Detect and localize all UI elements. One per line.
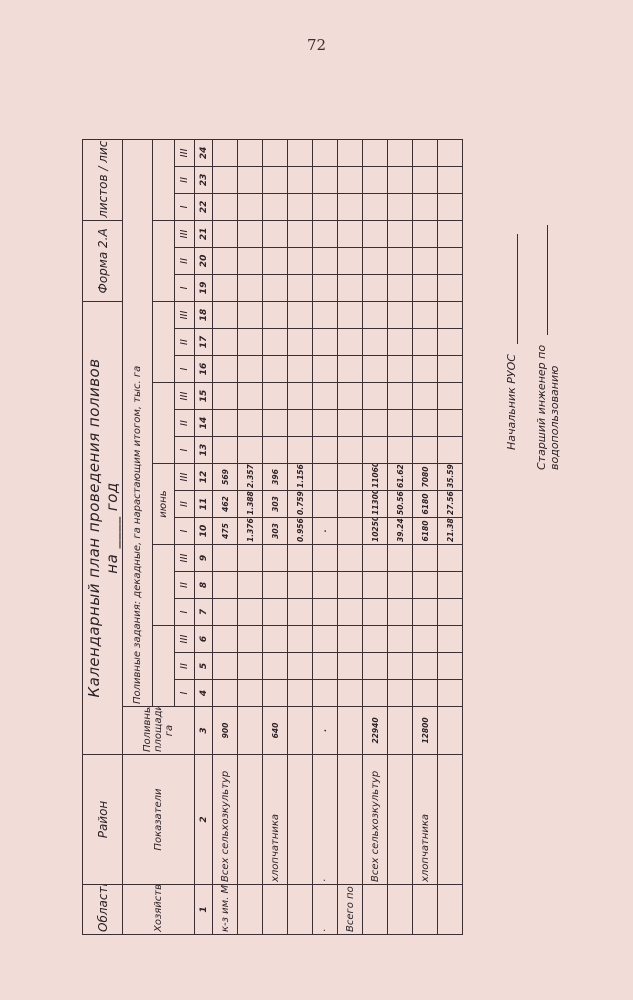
empty-cell xyxy=(363,383,388,410)
empty-cell xyxy=(213,301,238,328)
june-value-cell xyxy=(338,464,363,491)
empty-cell xyxy=(438,220,463,247)
chief-label: Начальник РУОС xyxy=(505,354,518,450)
col-num: 9 xyxy=(195,545,213,572)
area-cell xyxy=(438,707,463,755)
subtitle-text: на ____ год xyxy=(103,482,121,573)
june-value-cell: 35.59 xyxy=(438,464,463,491)
decade: I xyxy=(175,437,195,464)
empty-cell xyxy=(263,383,288,410)
farm-cell: Всего по району xyxy=(338,885,363,935)
empty-cell xyxy=(263,166,288,193)
decade: I xyxy=(175,680,195,707)
empty-cell xyxy=(413,220,438,247)
empty-cell xyxy=(313,247,338,274)
empty-cell xyxy=(413,329,438,356)
col-num: 7 xyxy=(195,599,213,626)
empty-cell xyxy=(413,437,438,464)
empty-cell xyxy=(438,139,463,166)
empty-cell xyxy=(288,356,313,383)
empty-cell xyxy=(213,437,238,464)
empty-cell xyxy=(238,437,263,464)
farm-cell xyxy=(238,885,263,935)
june-value-cell xyxy=(338,491,363,518)
empty-cell xyxy=(388,193,413,220)
empty-cell xyxy=(338,599,363,626)
empty-cell xyxy=(438,410,463,437)
indicator-cell xyxy=(288,755,313,885)
empty-cell xyxy=(238,220,263,247)
empty-cell xyxy=(263,572,288,599)
empty-cell xyxy=(388,356,413,383)
listov-label: листов xyxy=(96,174,110,217)
col-num: 5 xyxy=(195,653,213,680)
empty-cell xyxy=(413,166,438,193)
empty-cell xyxy=(288,301,313,328)
indicator-cell: хлопчатника xyxy=(413,755,438,885)
empty-cell xyxy=(388,220,413,247)
decade: II xyxy=(175,653,195,680)
empty-cell xyxy=(338,410,363,437)
june-value-cell: 6180 xyxy=(413,518,438,545)
indicator-cell xyxy=(338,755,363,885)
empty-cell xyxy=(338,139,363,166)
empty-cell xyxy=(363,139,388,166)
empty-cell xyxy=(213,166,238,193)
empty-cell xyxy=(213,599,238,626)
empty-cell xyxy=(438,680,463,707)
area-cell: 640 xyxy=(263,707,288,755)
empty-cell xyxy=(338,437,363,464)
empty-cell xyxy=(238,626,263,653)
list-label: лист xyxy=(96,139,110,162)
empty-cell xyxy=(288,545,313,572)
farm-cell xyxy=(263,885,288,935)
empty-cell xyxy=(213,626,238,653)
june-value-cell: 2.357 xyxy=(238,464,263,491)
empty-cell xyxy=(438,653,463,680)
empty-cell xyxy=(238,274,263,301)
decade: III xyxy=(175,301,195,328)
col-num: 24 xyxy=(195,139,213,166)
empty-cell xyxy=(263,626,288,653)
empty-cell xyxy=(413,572,438,599)
tasks-header: Поливные задания: декадные, га нарастающ… xyxy=(123,139,153,706)
decade: I xyxy=(175,274,195,301)
empty-cell xyxy=(288,572,313,599)
engineer-signature-line xyxy=(547,225,548,335)
empty-cell xyxy=(338,247,363,274)
june-value-cell: 7080 xyxy=(413,464,438,491)
empty-cell xyxy=(288,437,313,464)
column-number-row: 123 456 789 101112 131415 161718 192021 … xyxy=(195,139,213,934)
empty-cell xyxy=(313,545,338,572)
area-cell xyxy=(338,707,363,755)
empty-cell xyxy=(338,166,363,193)
empty-cell xyxy=(313,680,338,707)
table-row: хлопчатника640303303396 xyxy=(263,139,288,934)
decade: III xyxy=(175,545,195,572)
oblast-label: Область xyxy=(83,885,123,935)
empty-cell xyxy=(363,193,388,220)
empty-cell xyxy=(288,680,313,707)
empty-cell xyxy=(238,301,263,328)
indicators-header: Показатели xyxy=(123,755,195,885)
area-header: Поливные площади, га xyxy=(123,707,195,755)
col-num: 20 xyxy=(195,247,213,274)
empty-cell xyxy=(238,383,263,410)
empty-cell xyxy=(213,653,238,680)
empty-cell xyxy=(238,572,263,599)
decade: I xyxy=(175,518,195,545)
empty-cell xyxy=(363,356,388,383)
empty-cell xyxy=(213,680,238,707)
table-row: 39.2450.5661.62 xyxy=(388,139,413,934)
empty-cell xyxy=(313,193,338,220)
table-row: к-з им. МарксаВсех сельхозкультур9004754… xyxy=(213,139,238,934)
col-num: 18 xyxy=(195,301,213,328)
col-num: 11 xyxy=(195,491,213,518)
table-row: хлопчатника12800618061807080 xyxy=(413,139,438,934)
area-cell xyxy=(288,707,313,755)
rotated-form-container: Область Район Календарный план проведени… xyxy=(82,140,462,935)
june-value-cell: 303 xyxy=(263,518,288,545)
empty-cell xyxy=(413,599,438,626)
empty-cell xyxy=(413,653,438,680)
empty-cell xyxy=(213,572,238,599)
empty-cell xyxy=(313,626,338,653)
empty-cell xyxy=(388,274,413,301)
empty-cell xyxy=(388,680,413,707)
june-value-cell: 11060 xyxy=(363,464,388,491)
col-num: 19 xyxy=(195,274,213,301)
empty-cell xyxy=(363,545,388,572)
empty-cell xyxy=(413,410,438,437)
empty-cell xyxy=(438,599,463,626)
empty-cell xyxy=(313,410,338,437)
june-value-cell: 1.376 xyxy=(238,518,263,545)
empty-cell xyxy=(338,274,363,301)
empty-cell xyxy=(413,139,438,166)
farm-cell: · xyxy=(313,885,338,935)
empty-cell xyxy=(413,383,438,410)
empty-cell xyxy=(238,329,263,356)
june-value-cell: 1.156 xyxy=(288,464,313,491)
empty-cell xyxy=(363,247,388,274)
empty-cell xyxy=(238,653,263,680)
empty-cell xyxy=(238,410,263,437)
area-cell xyxy=(238,707,263,755)
col-num: 1 xyxy=(195,885,213,935)
empty-cell xyxy=(288,383,313,410)
empty-cell xyxy=(213,220,238,247)
empty-cell xyxy=(438,356,463,383)
empty-cell xyxy=(388,599,413,626)
empty-cell xyxy=(388,329,413,356)
col-num: 2 xyxy=(195,755,213,885)
table-row: 1.3761.3882.357 xyxy=(238,139,263,934)
empty-cell xyxy=(313,437,338,464)
farm-cell xyxy=(388,885,413,935)
chief-signature: Начальник РУОС xyxy=(505,234,518,450)
decade: III xyxy=(175,220,195,247)
empty-cell xyxy=(363,301,388,328)
empty-cell xyxy=(213,193,238,220)
empty-cell xyxy=(338,220,363,247)
empty-cell xyxy=(288,274,313,301)
col-num: 8 xyxy=(195,572,213,599)
empty-cell xyxy=(288,626,313,653)
empty-cell xyxy=(288,653,313,680)
empty-cell xyxy=(388,247,413,274)
decade: I xyxy=(175,193,195,220)
empty-cell xyxy=(338,301,363,328)
empty-cell xyxy=(363,653,388,680)
empty-cell xyxy=(238,166,263,193)
empty-cell xyxy=(388,410,413,437)
col-num: 22 xyxy=(195,193,213,220)
june-value-cell: 0.956 xyxy=(288,518,313,545)
empty-cell xyxy=(313,274,338,301)
empty-cell xyxy=(313,572,338,599)
june-value-cell: 39.24 xyxy=(388,518,413,545)
col-num: 12 xyxy=(195,464,213,491)
empty-cell xyxy=(413,274,438,301)
col-num: 15 xyxy=(195,383,213,410)
empty-cell xyxy=(263,247,288,274)
empty-cell xyxy=(438,329,463,356)
empty-cell xyxy=(338,545,363,572)
forma-cell: Форма 2.А xyxy=(83,220,123,301)
empty-cell xyxy=(388,626,413,653)
area-cell: 12800 xyxy=(413,707,438,755)
area-cell: · xyxy=(313,707,338,755)
june-value-cell: 6180 xyxy=(413,491,438,518)
indicator-cell: · xyxy=(313,755,338,885)
empty-cell xyxy=(263,410,288,437)
empty-cell xyxy=(438,193,463,220)
empty-cell xyxy=(438,166,463,193)
empty-cell xyxy=(363,626,388,653)
engineer-signature: Старший инженер по водопользованию xyxy=(535,225,561,470)
empty-cell xyxy=(388,545,413,572)
empty-cell xyxy=(263,680,288,707)
june-value-cell: 569 xyxy=(213,464,238,491)
area-cell: 900 xyxy=(213,707,238,755)
empty-cell xyxy=(288,410,313,437)
table-row: Всего по району xyxy=(338,139,363,934)
june-header: июнь xyxy=(153,464,175,545)
empty-cell xyxy=(413,545,438,572)
title-text: Календарный план проведения поливов xyxy=(85,358,103,697)
forma-label: Форма xyxy=(96,252,110,294)
empty-cell xyxy=(363,572,388,599)
june-value-cell: 0.759 xyxy=(288,491,313,518)
empty-cell xyxy=(413,626,438,653)
empty-cell xyxy=(213,545,238,572)
empty-cell xyxy=(288,220,313,247)
june-value-cell: 475 xyxy=(213,518,238,545)
empty-cell xyxy=(388,437,413,464)
empty-cell xyxy=(238,599,263,626)
engineer-label: Старший инженер по xyxy=(535,345,548,470)
page-number: 72 xyxy=(0,36,633,54)
col-num: 14 xyxy=(195,410,213,437)
decade: III xyxy=(175,464,195,491)
empty-cell xyxy=(363,274,388,301)
june-value-cell: 10250 xyxy=(363,518,388,545)
empty-cell xyxy=(263,220,288,247)
indicator-cell xyxy=(438,755,463,885)
empty-cell xyxy=(413,301,438,328)
empty-cell xyxy=(438,301,463,328)
table-row: Всех сельхозкультур22940102501130011060 xyxy=(363,139,388,934)
list-cell: листов / лист xyxy=(83,139,123,220)
col-num: 16 xyxy=(195,356,213,383)
decade: II xyxy=(175,166,195,193)
col-num: 6 xyxy=(195,626,213,653)
raion-label: Район xyxy=(83,755,123,885)
table-row: ···· xyxy=(313,139,338,934)
june-value-cell xyxy=(313,464,338,491)
june-value-cell: 1.388 xyxy=(238,491,263,518)
june-value-cell: 396 xyxy=(263,464,288,491)
empty-cell xyxy=(263,437,288,464)
empty-cell xyxy=(438,545,463,572)
farms-header: Хозяйства xyxy=(123,885,195,935)
empty-cell xyxy=(338,383,363,410)
empty-cell xyxy=(238,356,263,383)
farm-cell xyxy=(413,885,438,935)
empty-cell xyxy=(263,139,288,166)
indicator-cell: хлопчатника xyxy=(263,755,288,885)
empty-cell xyxy=(263,274,288,301)
col-num: 4 xyxy=(195,680,213,707)
empty-cell xyxy=(363,329,388,356)
empty-cell xyxy=(288,166,313,193)
decade: III xyxy=(175,383,195,410)
empty-cell xyxy=(363,599,388,626)
decade: III xyxy=(175,626,195,653)
june-value-cell: 50.56 xyxy=(388,491,413,518)
col-num: 21 xyxy=(195,220,213,247)
empty-cell xyxy=(388,653,413,680)
empty-cell xyxy=(263,356,288,383)
decade: II xyxy=(175,491,195,518)
empty-cell xyxy=(313,599,338,626)
empty-cell xyxy=(288,599,313,626)
empty-cell xyxy=(413,247,438,274)
table-row: 0.9560.7591.156 xyxy=(288,139,313,934)
empty-cell xyxy=(238,247,263,274)
engineer-label-2: водопользованию xyxy=(548,366,561,470)
empty-cell xyxy=(238,193,263,220)
empty-cell xyxy=(213,356,238,383)
empty-cell xyxy=(313,301,338,328)
empty-cell xyxy=(413,193,438,220)
empty-cell xyxy=(313,166,338,193)
empty-cell xyxy=(313,383,338,410)
june-value-cell xyxy=(313,491,338,518)
june-value-cell: 303 xyxy=(263,491,288,518)
june-value-cell: 21.38 xyxy=(438,518,463,545)
empty-cell xyxy=(288,193,313,220)
empty-cell xyxy=(338,356,363,383)
farm-cell xyxy=(363,885,388,935)
empty-cell xyxy=(388,572,413,599)
col-num: 17 xyxy=(195,329,213,356)
empty-cell xyxy=(363,680,388,707)
empty-cell xyxy=(263,599,288,626)
decade: III xyxy=(175,139,195,166)
empty-cell xyxy=(288,139,313,166)
empty-cell xyxy=(238,139,263,166)
empty-cell xyxy=(213,329,238,356)
empty-cell xyxy=(388,139,413,166)
june-value-cell: 11300 xyxy=(363,491,388,518)
farm-cell xyxy=(438,885,463,935)
empty-cell xyxy=(338,680,363,707)
june-value-cell: 462 xyxy=(213,491,238,518)
empty-cell xyxy=(263,653,288,680)
empty-cell xyxy=(388,383,413,410)
empty-cell xyxy=(338,329,363,356)
chief-signature-line xyxy=(517,234,518,344)
empty-cell xyxy=(313,220,338,247)
empty-cell xyxy=(313,653,338,680)
decade: I xyxy=(175,356,195,383)
decade: II xyxy=(175,572,195,599)
decade: I xyxy=(175,599,195,626)
empty-cell xyxy=(213,383,238,410)
empty-cell xyxy=(363,166,388,193)
form-title: Календарный план проведения поливов на _… xyxy=(83,301,123,754)
empty-cell xyxy=(263,545,288,572)
empty-cell xyxy=(438,437,463,464)
farm-cell: к-з им. Маркса xyxy=(213,885,238,935)
area-cell xyxy=(388,707,413,755)
irrigation-plan-form: Область Район Календарный план проведени… xyxy=(82,140,462,935)
empty-cell xyxy=(438,383,463,410)
empty-cell xyxy=(363,437,388,464)
empty-cell xyxy=(288,329,313,356)
empty-cell xyxy=(438,247,463,274)
empty-cell xyxy=(388,166,413,193)
empty-cell xyxy=(438,572,463,599)
empty-cell xyxy=(313,356,338,383)
area-cell: 22940 xyxy=(363,707,388,755)
indicator-cell: Всех сельхозкультур xyxy=(213,755,238,885)
indicator-cell: Всех сельхозкультур xyxy=(363,755,388,885)
empty-cell xyxy=(238,545,263,572)
empty-cell xyxy=(213,247,238,274)
empty-cell xyxy=(413,680,438,707)
empty-cell xyxy=(213,410,238,437)
decade: II xyxy=(175,247,195,274)
empty-cell xyxy=(338,626,363,653)
empty-cell xyxy=(338,193,363,220)
empty-cell xyxy=(263,301,288,328)
empty-cell xyxy=(313,329,338,356)
empty-cell xyxy=(213,274,238,301)
empty-cell xyxy=(263,193,288,220)
empty-cell xyxy=(238,680,263,707)
empty-cell xyxy=(338,653,363,680)
col-num: 10 xyxy=(195,518,213,545)
empty-cell xyxy=(338,572,363,599)
empty-cell xyxy=(313,139,338,166)
col-num: 3 xyxy=(195,707,213,755)
